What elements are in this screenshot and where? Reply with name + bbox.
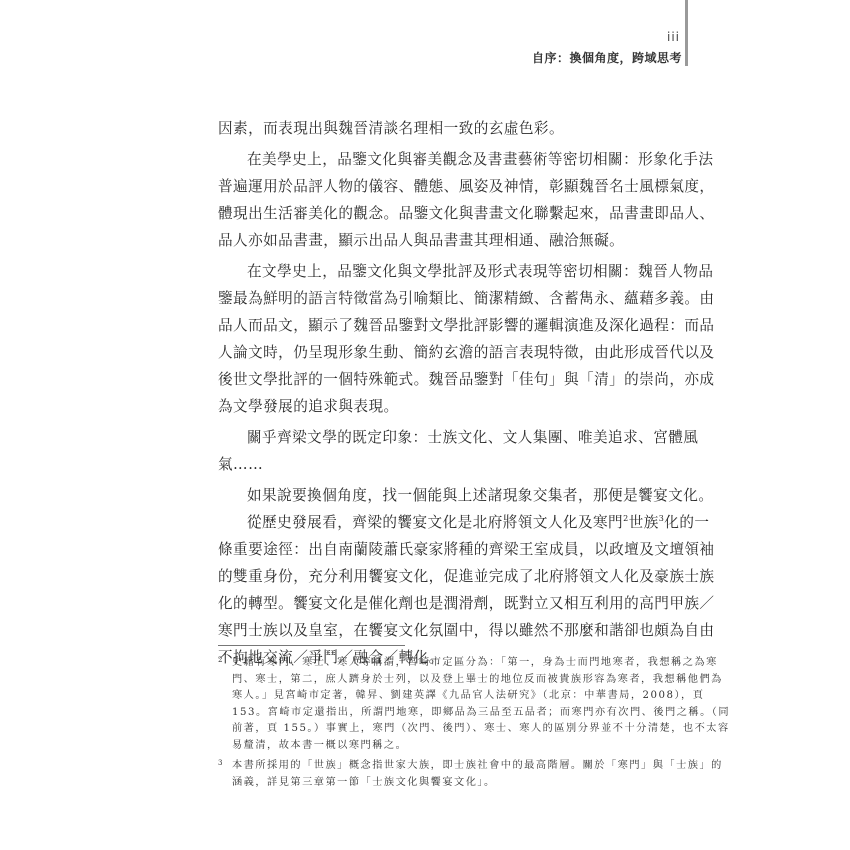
paragraph-3-line-5: 後世文學批評的一個特殊範式。魏晉品鑒對「佳句」與「清」的崇尚，亦成 bbox=[218, 366, 650, 393]
paragraph-6-line-1: 從歷史發展看，齊梁的饗宴文化是北府將領文人化及寒門2世族3化的一 bbox=[218, 509, 650, 536]
text-segment: 從歷史發展看，齊梁的饗宴文化是北府將領文人化及寒門 bbox=[247, 514, 623, 531]
paragraph-3-line-2: 鑒最為鮮明的語言特徵當為引喻類比、簡潔精緻、含蓄雋永、蘊藉多義。由 bbox=[218, 285, 650, 312]
paragraph-6-line-5: 寒門士族以及皇室，在饗宴文化氛圍中，得以雖然不那麼和諧卻也頗為自由 bbox=[218, 617, 650, 644]
body-text: 因素，而表現出與魏晉清談名理相一致的玄虛色彩。 在美學史上，品鑒文化與審美觀念及… bbox=[218, 115, 650, 671]
text-segment: 世族 bbox=[629, 514, 659, 531]
paragraph-2-line-1: 在美學史上，品鑒文化與審美觀念及書畫藝術等密切相關：形象化手法 bbox=[218, 146, 650, 173]
paragraph-4-line-2: 氣…… bbox=[218, 451, 650, 478]
paragraph-2-line-4: 品人亦如品書畫，顯示出品人與品書畫其理相通、融洽無礙。 bbox=[218, 227, 650, 254]
paragraph-6-line-4: 化的轉型。饗宴文化是催化劑也是潤滑劑，既對立又相互利用的高門甲族／ bbox=[218, 590, 650, 617]
paragraph-2-line-2: 普遍運用於品評人物的儀容、體態、風姿及神情，彰顯魏晉名士風標氣度， bbox=[218, 173, 650, 200]
footnote-line: 涵義，詳見第三章第一節「士族文化與饗宴文化」。 bbox=[218, 775, 658, 792]
footnote-mark: 2 bbox=[218, 652, 224, 669]
footnote-line: 門、寒士，第二，庶人躋身於士列，以及登上畢士的地位反而被貴族形容為寒者，我想稱他… bbox=[218, 672, 658, 689]
paragraph-4-line-1: 關乎齊梁文學的既定印象：士族文化、文人集團、唯美追求、宮體風 bbox=[218, 424, 650, 451]
paragraph-3-line-4: 人論文時，仍呈現形象生動、簡約玄澹的語言表現特徵，由此形成晉代以及 bbox=[218, 339, 650, 366]
footnote-line: 153。宮崎市定還指出，所謂門地寒，即鄉品為三品至五品者；而寒門亦有次門、後門之… bbox=[218, 705, 658, 722]
paragraph-3-line-3: 品人而品文，顯示了魏晉品鑒對文學批評影響的邏輯演進及深化過程：而品 bbox=[218, 312, 650, 339]
footnote-line: 前著，頁 155。）事實上，寒門（次門、後門）、寒士、寒人的區別分界並不十分清楚… bbox=[218, 721, 658, 738]
footnote-2: 2史籍有寒門、寒士、寒人等稱謂，宮崎市定區分為：「第一，身為士而門地寒者，我想稱… bbox=[218, 655, 658, 754]
footnote-line: 易釐清，故本書一概以寒門稱之。 bbox=[218, 738, 658, 755]
footnote-line: 史籍有寒門、寒士、寒人等稱謂，宮崎市定區分為：「第一，身為士而門地寒者，我想稱之… bbox=[232, 657, 718, 668]
footnote-3: 3本書所採用的「世族」概念指世家大族，即士族社會中的最高階層。關於「寒門」與「士… bbox=[218, 758, 658, 791]
paragraph-6-line-2: 條重要途徑：出自南蘭陵蕭氏豪家將種的齊梁王室成員，以政壇及文壇領袖 bbox=[218, 536, 650, 563]
footnote-divider bbox=[218, 645, 405, 646]
running-title: 自序：換個角度，跨域思考 bbox=[532, 49, 682, 66]
footnote-mark: 3 bbox=[218, 755, 224, 772]
paragraph-6-line-3: 的雙重身份，充分利用饗宴文化，促進並完成了北府將領文人化及豪族士族 bbox=[218, 563, 650, 590]
paragraph-1-line-1: 因素，而表現出與魏晉清談名理相一致的玄虛色彩。 bbox=[218, 115, 650, 142]
header-vertical-bar bbox=[685, 0, 688, 66]
paragraph-5-line-1: 如果說要換個角度，找一個能與上述諸現象交集者，那便是饗宴文化。 bbox=[218, 482, 650, 509]
page-number: iii bbox=[667, 30, 680, 44]
paragraph-3-line-6: 為文學發展的追求與表現。 bbox=[218, 393, 650, 420]
footnote-line: 寒人。」見宮崎市定著，韓昇、劉建英譯《九品官人法研究》（北京：中華書局，2008… bbox=[218, 688, 658, 705]
text-segment: 化的一 bbox=[664, 514, 709, 531]
paragraph-2-line-3: 體現出生活審美化的觀念。品鑒文化與書畫文化聯繫起來，品書畫即品人、 bbox=[218, 200, 650, 227]
paragraph-3-line-1: 在文學史上，品鑒文化與文學批評及形式表現等密切相關：魏晉人物品 bbox=[218, 258, 650, 285]
footnote-line: 本書所採用的「世族」概念指世家大族，即士族社會中的最高階層。關於「寒門」與「士族… bbox=[232, 760, 723, 771]
